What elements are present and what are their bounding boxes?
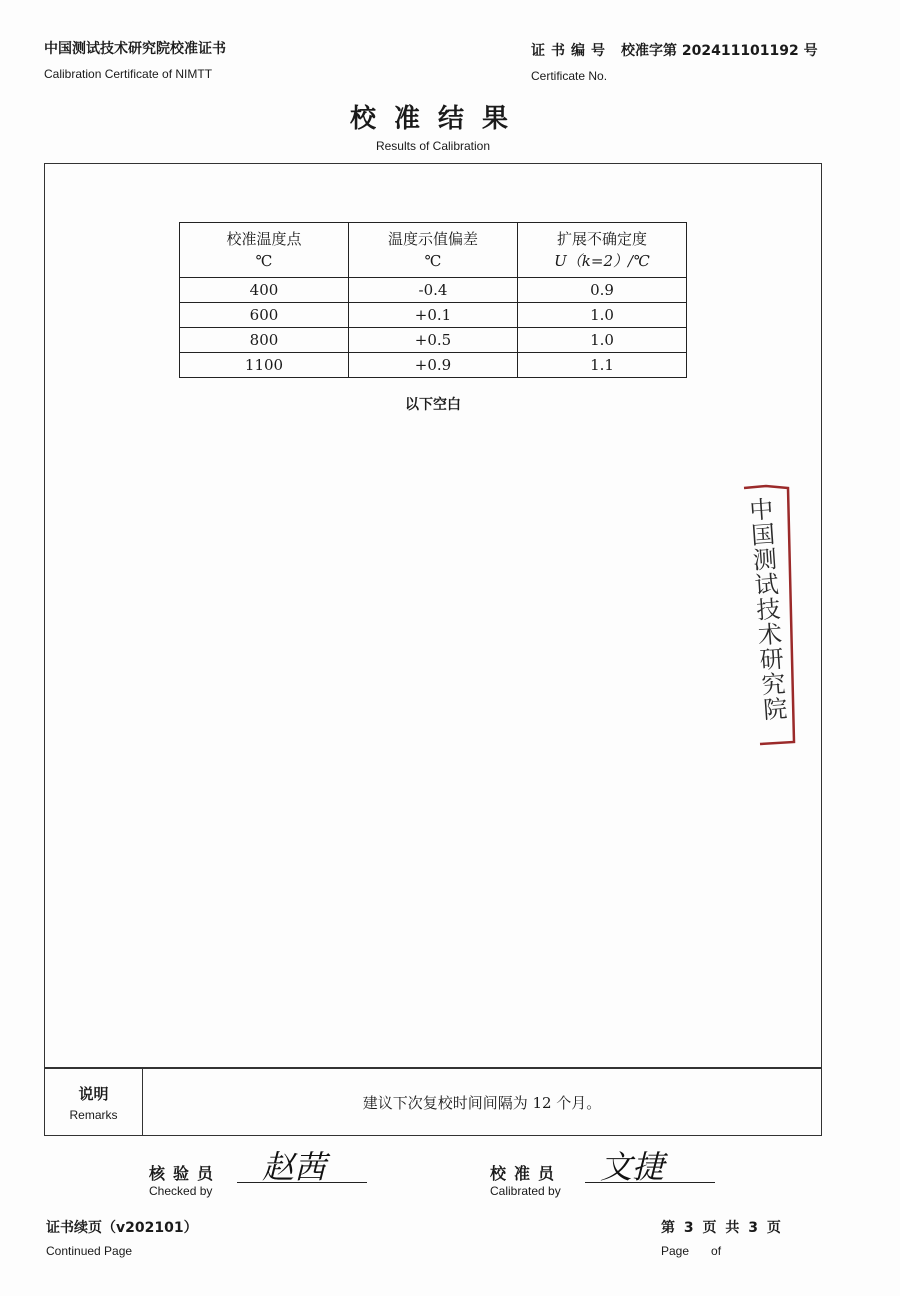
table-header-row: 校准温度点 ℃ 温度示值偏差 ℃ 扩展不确定度 U（k=2）/℃ — [180, 223, 687, 278]
uncertainty-cell: 1.0 — [518, 303, 687, 328]
remarks-label: 说明 Remarks — [45, 1069, 143, 1135]
checked-by-signature-line — [237, 1182, 367, 1183]
remarks-label-cn: 说明 — [45, 1083, 142, 1104]
checked-by-block: 核验员 Checked by — [149, 1161, 221, 1198]
header-calibration-point: 校准温度点 ℃ — [180, 223, 349, 278]
header-label: 温度示值偏差 — [349, 228, 517, 250]
institute-seal-stamp: 中国测试技术研究院 — [738, 484, 796, 746]
certificate-number: 证书编号校准字第 202411101192 号 — [531, 40, 818, 60]
header-label: 扩展不确定度 — [518, 228, 686, 250]
uncertainty-cell: 1.1 — [518, 353, 687, 378]
header-unit: ℃ — [180, 250, 348, 272]
page-title: 校准结果 — [0, 98, 868, 135]
page-label: Page — [661, 1244, 689, 1258]
table-row: 800+0.51.0 — [180, 328, 687, 353]
certificate-number-value: 校准字第 202411101192 号 — [621, 43, 818, 59]
indication-error-cell: +0.5 — [349, 328, 518, 353]
header-unit: U（k=2）/℃ — [518, 250, 686, 272]
table-row: 400-0.40.9 — [180, 278, 687, 303]
remarks-label-en: Remarks — [45, 1108, 142, 1122]
calibration-point-cell: 600 — [180, 303, 349, 328]
checked-by-label-en: Checked by — [149, 1184, 221, 1198]
page-number-cn: 第 3 页 共 3 页 — [661, 1217, 781, 1237]
checked-by-label-cn: 核验员 — [149, 1161, 221, 1184]
uncertainty-cell: 0.9 — [518, 278, 687, 303]
calibration-point-cell: 800 — [180, 328, 349, 353]
calibration-point-cell: 1100 — [180, 353, 349, 378]
blank-below-note: 以下空白 — [0, 394, 866, 414]
certificate-number-label: 证书编号 — [531, 43, 611, 59]
header-label: 校准温度点 — [180, 228, 348, 250]
page-number-en: Pageof — [661, 1244, 721, 1258]
calibrated-by-signature-line — [585, 1182, 715, 1183]
institute-name-en: Calibration Certificate of NIMTT — [44, 67, 212, 81]
remarks-box: 说明 Remarks 建议下次复校时间间隔为 12 个月。 — [44, 1068, 822, 1136]
header-indication-error: 温度示值偏差 ℃ — [349, 223, 518, 278]
remarks-text: 建议下次复校时间间隔为 12 个月。 — [143, 1069, 821, 1135]
table-row: 600+0.11.0 — [180, 303, 687, 328]
indication-error-cell: +0.9 — [349, 353, 518, 378]
of-label: of — [711, 1244, 721, 1258]
header-unit: ℃ — [349, 250, 517, 272]
indication-error-cell: -0.4 — [349, 278, 518, 303]
certificate-number-label-en: Certificate No. — [531, 69, 607, 83]
uncertainty-cell: 1.0 — [518, 328, 687, 353]
continued-page-label-en: Continued Page — [46, 1244, 132, 1258]
page-subtitle: Results of Calibration — [0, 139, 866, 153]
calibrated-by-label-en: Calibrated by — [490, 1184, 562, 1198]
calibrated-by-label-cn: 校准员 — [490, 1161, 562, 1184]
institute-name-cn: 中国测试技术研究院校准证书 — [44, 38, 226, 58]
calibrated-by-block: 校准员 Calibrated by — [490, 1161, 562, 1198]
continued-page-label-cn: 证书续页（v202101） — [46, 1217, 198, 1237]
header-expanded-uncertainty: 扩展不确定度 U（k=2）/℃ — [518, 223, 687, 278]
table-row: 1100+0.91.1 — [180, 353, 687, 378]
indication-error-cell: +0.1 — [349, 303, 518, 328]
calibration-results-table: 校准温度点 ℃ 温度示值偏差 ℃ 扩展不确定度 U（k=2）/℃ 400-0.4… — [179, 222, 687, 378]
calibration-point-cell: 400 — [180, 278, 349, 303]
